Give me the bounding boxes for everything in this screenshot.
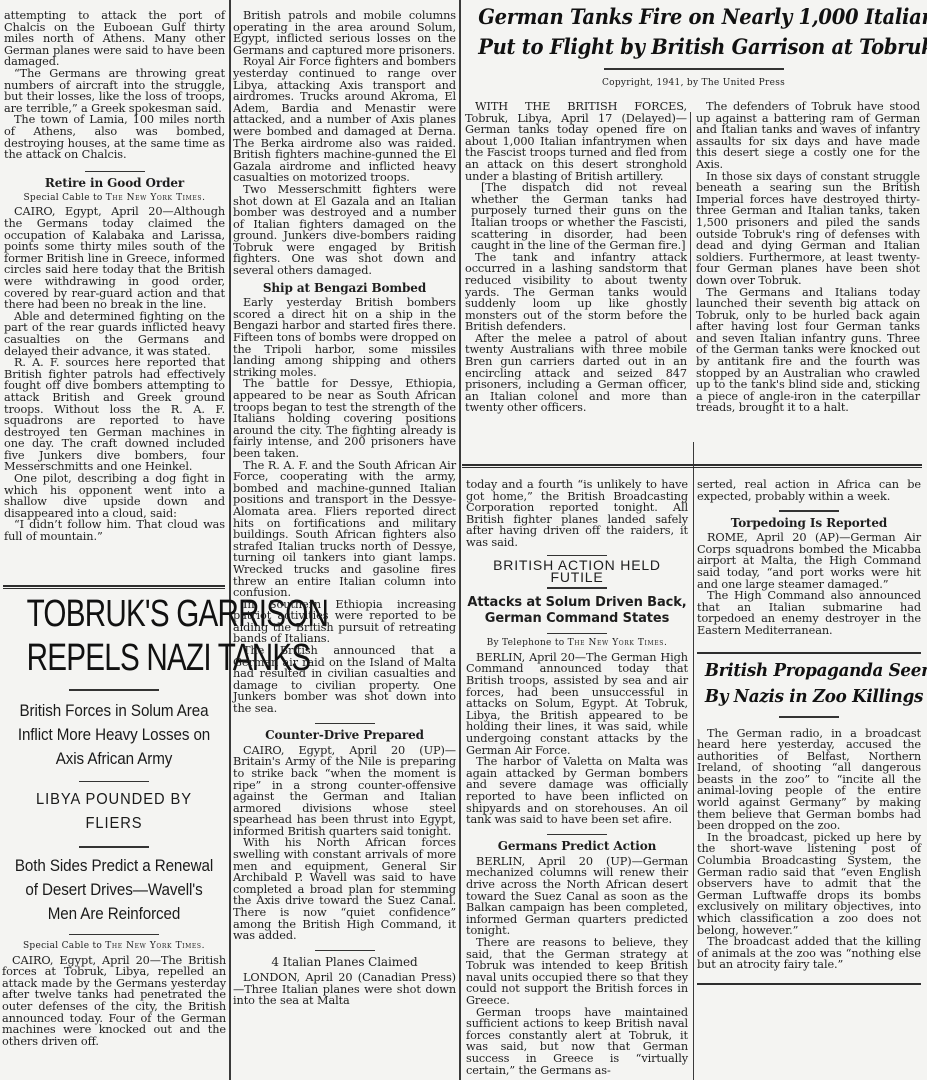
- paragraph: The tank and infantry attack occurred in…: [465, 252, 687, 333]
- byline-credit: Special Cable to The New York Times.: [2, 941, 226, 953]
- editor-note: [The dispatch did not reveal whether the…: [465, 182, 687, 252]
- paragraph: The Germans and Italians today launched …: [696, 287, 920, 415]
- paragraph: serted, real action in Africa can be exp…: [697, 479, 921, 502]
- paragraph: Able and determined fighting on the part…: [4, 311, 225, 357]
- deck-headline-caps: LIBYA POUNDED BY FLIERS: [11, 788, 217, 836]
- column-2: British patrols and mobile columns opera…: [233, 10, 456, 1007]
- main-headline-line1: TOBRUK'S GARRISON: [27, 593, 202, 635]
- copyright-credit: Copyright, 1941, by The United Press: [462, 78, 925, 88]
- column-3-top: WITH THE BRITISH FORCES, Tobruk, Libya, …: [465, 101, 687, 414]
- paragraph: ROME, April 20 (AP)—German Air Corps squ…: [697, 532, 921, 590]
- section-divider: [462, 464, 690, 468]
- paragraph: The town of Lamia, 100 miles north of At…: [4, 114, 225, 160]
- paragraph: After the melee a patrol of about twenty…: [465, 333, 687, 414]
- paragraph: In those six days of constant struggle b…: [696, 171, 920, 287]
- divider: [779, 510, 839, 512]
- column-3-lower: today and a fourth “is unlikely to have …: [466, 479, 688, 1076]
- paragraph: British patrols and mobile columns opera…: [233, 10, 456, 56]
- tobruk-story: TOBRUK'S GARRISON REPELS NAZI TANKS Brit…: [2, 593, 226, 1047]
- paragraph: today and a fourth “is unlikely to have …: [466, 479, 688, 549]
- paragraph: The harbor of Valetta on Malta was again…: [466, 756, 688, 826]
- subheading-torpedo: Torpedoing Is Reported: [697, 518, 921, 530]
- paragraph: BERLIN, April 20—The German High Command…: [466, 652, 688, 756]
- section-headline: BRITISH ACTION HELD FUTILE: [466, 560, 688, 583]
- paragraph: The defenders of Tobruk have stood up ag…: [696, 101, 920, 171]
- zoo-headline-line2: By Nazis in Zoo Killings: [705, 684, 913, 710]
- tanks-headline-line2: Put to Flight by British Garrison at Tob…: [478, 32, 909, 62]
- paragraph: BERLIN, April 20 (UP)—German mechanized …: [466, 856, 688, 937]
- end-rule: [697, 983, 921, 986]
- subheading-ship: Ship at Bengazi Bombed: [233, 283, 456, 295]
- paragraph: German troops have maintained sufficient…: [466, 1007, 688, 1077]
- paragraph: The R. A. F. and the South African Air F…: [233, 460, 456, 599]
- paragraph: “I didn’t follow him. That cloud was ful…: [4, 519, 225, 542]
- paragraph: There are reasons to believe, they said,…: [466, 937, 688, 1007]
- subheadline: Attacks at Solum Driven Back, German Com…: [466, 595, 688, 627]
- tanks-headline-line1: German Tanks Fire on Nearly 1,000 Italia…: [478, 2, 909, 32]
- paragraph: Early yesterday British bombers scored a…: [233, 297, 456, 378]
- column-rule: [229, 0, 231, 1080]
- column-rule: [693, 442, 694, 1080]
- section-divider: [3, 585, 225, 589]
- subheading-predict: Germans Predict Action: [466, 841, 688, 853]
- tanks-headline-block: German Tanks Fire on Nearly 1,000 Italia…: [462, 2, 925, 90]
- paragraph: In Southern Ethiopia increasing patriot …: [233, 599, 456, 645]
- column-4-lower: serted, real action in Africa can be exp…: [697, 479, 921, 637]
- subheading-counter: Counter-Drive Prepared: [233, 730, 456, 742]
- paragraph: Two Messerschmitt fighters were shot dow…: [233, 184, 456, 277]
- paragraph: “The Germans are throwing great numbers …: [4, 68, 225, 114]
- paragraph: In the broadcast, picked up here by the …: [697, 832, 921, 936]
- column-rule: [690, 112, 691, 330]
- section-divider: [690, 464, 922, 468]
- paragraph: With his North African forces swelling w…: [233, 837, 456, 941]
- paragraph: One pilot, describing a dog fight in whi…: [4, 473, 225, 519]
- paragraph: The German radio, in a broadcast heard h…: [697, 728, 921, 832]
- zoo-headline-line1: British Propaganda Seen: [705, 658, 913, 684]
- paragraph: The battle for Dessye, Ethiopia, appeare…: [233, 378, 456, 459]
- divider: [69, 934, 159, 936]
- main-headline-line2: REPELS NAZI TANKS: [27, 637, 202, 679]
- divider: [69, 689, 159, 691]
- paragraph: The broadcast added that the killing of …: [697, 936, 921, 971]
- column-4-top: The defenders of Tobruk have stood up ag…: [696, 101, 920, 414]
- divider: [315, 723, 375, 725]
- subheading-planes: 4 Italian Planes Claimed: [233, 957, 456, 969]
- paragraph: WITH THE BRITISH FORCES, Tobruk, Libya, …: [465, 101, 687, 182]
- deck-headline: British Forces in Solum Area Inflict Mor…: [11, 699, 217, 771]
- divider: [547, 555, 607, 557]
- divider: [85, 171, 145, 173]
- divider: [315, 950, 375, 952]
- paragraph: attempting to attack the port of Chalcis…: [4, 10, 225, 68]
- paragraph: The High Command also announced that an …: [697, 590, 921, 636]
- divider: [79, 781, 149, 783]
- paragraph: CAIRO, Egypt, April 20 (UP)—Britain's Ar…: [233, 745, 456, 838]
- divider: [79, 846, 149, 848]
- section-divider: [697, 652, 921, 656]
- divider: [547, 834, 607, 836]
- paragraph: R. A. F. sources here reported that Brit…: [4, 357, 225, 473]
- zoo-story: British Propaganda Seen By Nazis in Zoo …: [697, 658, 921, 986]
- paragraph: The British announced that a German air …: [233, 645, 456, 715]
- deck-headline: Both Sides Predict a Renewal of Desert D…: [11, 854, 217, 926]
- column-rule: [459, 0, 461, 1080]
- byline-credit: By Telephone to The New York Times.: [466, 638, 688, 650]
- divider: [779, 716, 839, 718]
- paragraph: Royal Air Force fighters and bombers yes…: [233, 56, 456, 184]
- divider: [604, 68, 784, 70]
- column-1: attempting to attack the port of Chalcis…: [4, 10, 225, 543]
- paragraph: CAIRO, Egypt, April 20—Although the Germ…: [4, 206, 225, 310]
- paragraph: LONDON, April 20 (Canadian Press)—Three …: [233, 972, 456, 1007]
- divider: [547, 633, 607, 635]
- subheading-retire: Retire in Good Order: [4, 178, 225, 190]
- paragraph: CAIRO, Egypt, April 20—The British force…: [2, 955, 226, 1048]
- byline-credit: Special Cable to The New York Times.: [4, 193, 225, 205]
- divider: [547, 587, 607, 589]
